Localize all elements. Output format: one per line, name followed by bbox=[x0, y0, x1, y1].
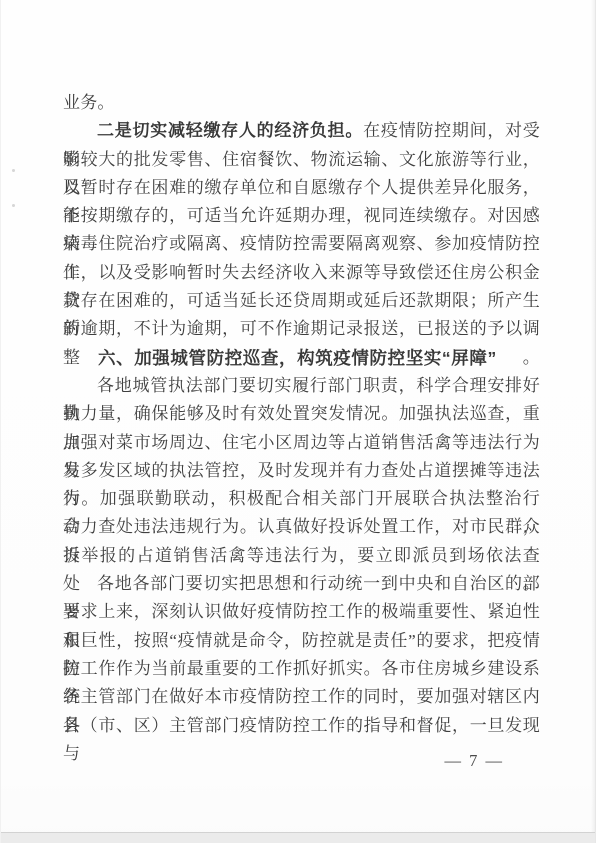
text-line: 能按期缴存的，可适当允许延期办理，视同连续缴存。对因感染 bbox=[63, 202, 540, 230]
text-line: 要求上来，深刻认识做好疫情防控工作的极端重要性、紧迫性和 bbox=[63, 598, 540, 626]
document-body: 业务。二是切实减轻缴存人的经济负担。在疫情防控期间，对受影响较大的批发零售、住宿… bbox=[63, 89, 540, 740]
text-line: 各地各部门要切实把思想和行动统一到中央和自治区的部署 bbox=[63, 570, 540, 598]
emphasized-text-segment: 六、加强城管防控巡查，构筑疫情防控坚实“屏障” bbox=[98, 348, 497, 368]
text-line: 勤力量，确保能够及时有效处置突发情况。加强执法巡查，重点 bbox=[63, 400, 540, 428]
text-line: 作，以及受影响暂时失去经济收入来源等导致偿还住房公积金贷 bbox=[63, 259, 540, 287]
text-line: 业务。 bbox=[63, 89, 540, 117]
text-line: 各主管部门在做好本市疫情防控工作的同时，要加强对辖区内各 bbox=[63, 683, 540, 711]
scanned-document-page: 业务。二是切实减轻缴存人的经济负担。在疫情防控期间，对受影响较大的批发零售、住宿… bbox=[0, 0, 596, 843]
text-line: 控工作作为当前最重要的工作抓好抓实。各市住房城乡建设系统 bbox=[63, 655, 540, 683]
text-line: 各地城管执法部门要切实履行部门职责，科学合理安排好执 bbox=[63, 372, 540, 400]
text-line: 诉举报的占道销售活禽等违法行为，要立即派员到场依法查处。 bbox=[63, 542, 540, 570]
text-segment: 业务。 bbox=[63, 93, 115, 112]
text-line: 响较大的批发零售、住宿餐饮、物流运输、文化旅游等行业，以 bbox=[63, 146, 540, 174]
text-line: 款存在困难的，可适当延长还贷周期或延后还款期限；所产生新 bbox=[63, 287, 540, 315]
page-edge-shade bbox=[591, 0, 595, 843]
text-line: 病毒住院治疗或隔离、疫情防控需要隔离观察、参加疫情防控工 bbox=[63, 230, 540, 258]
text-line: 为。加强联勤联动，积极配合相关部门开展联合执法整治行动， bbox=[63, 485, 540, 513]
section-heading: 六、加强城管防控巡查，构筑疫情防控坚实“屏障” bbox=[63, 344, 540, 372]
text-line: 发多发区域的执法管控，及时发现并有力查处占道摆摊等违法行 bbox=[63, 457, 540, 485]
emphasized-text-segment: 二是切实减轻缴存人的经济负担。 bbox=[97, 121, 363, 140]
scan-speck bbox=[12, 169, 15, 172]
text-line: 县（市、区）主管部门疫情防控工作的指导和督促，一旦发现与 bbox=[63, 712, 540, 740]
text-line: 及暂时存在困难的缴存单位和自愿缴存个人提供差异化服务，不 bbox=[63, 174, 540, 202]
text-line: 加强对菜市场周边、住宅小区周边等占道销售活禽等违法行为易 bbox=[63, 429, 540, 457]
page-number: — 7 — bbox=[445, 751, 505, 771]
scan-speck bbox=[12, 204, 15, 207]
text-line: 艰巨性，按照“疫情就是命令，防控就是责任”的要求，把疫情防 bbox=[63, 627, 540, 655]
text-line: 合力查处违法违规行为。认真做好投诉处置工作，对市民群众投 bbox=[63, 513, 540, 541]
text-line: 二是切实减轻缴存人的经济负担。在疫情防控期间，对受影 bbox=[63, 117, 540, 145]
text-line: 的逾期，不计为逾期，可不作逾期记录报送，已报送的予以调整。 bbox=[63, 315, 540, 343]
scanner-bottom-edge bbox=[1, 832, 595, 843]
